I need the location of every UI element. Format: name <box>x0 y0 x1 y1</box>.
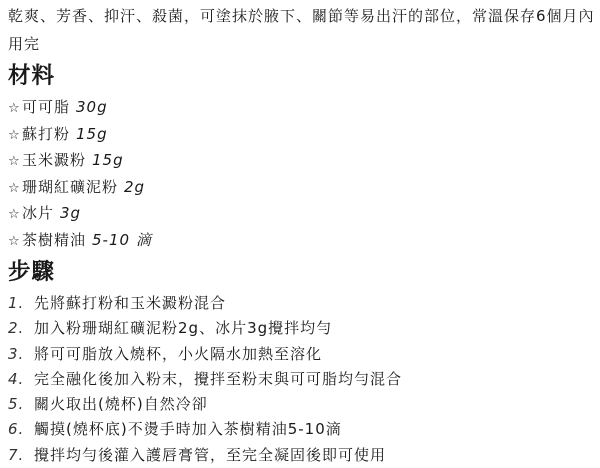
steps-list: 1.先將蘇打粉和玉米澱粉混合 2.加入粉珊瑚紅礦泥粉2g、冰片3g攪拌均勻 3.… <box>8 291 598 468</box>
step-text: 完全融化後加入粉末，攪拌至粉末與可可脂均勻混合 <box>34 370 402 388</box>
material-item: ☆珊瑚紅礦泥粉2g <box>8 174 598 201</box>
material-amount: 15g <box>76 125 108 143</box>
materials-heading: 材料 <box>8 63 598 89</box>
material-amount: 15g <box>92 151 124 169</box>
step-text: 先將蘇打粉和玉米澱粉混合 <box>34 294 226 312</box>
step-text: 將可可脂放入燒杯，小火隔水加熱至溶化 <box>34 345 322 363</box>
step-item: 7.攪拌均勻後灌入護唇膏管，至完全凝固後即可使用 <box>8 443 598 468</box>
star-icon: ☆ <box>8 229 22 256</box>
steps-heading: 步驟 <box>8 259 598 285</box>
star-icon: ☆ <box>8 176 22 203</box>
step-text: 加入粉珊瑚紅礦泥粉2g、冰片3g攪拌均勻 <box>34 319 332 337</box>
material-name: 冰片 <box>22 204 54 222</box>
material-item: ☆可可脂30g <box>8 94 598 121</box>
step-text: 關火取出(燒杯)自然冷卻 <box>34 395 208 413</box>
star-icon: ☆ <box>8 149 22 176</box>
star-icon: ☆ <box>8 96 22 123</box>
material-name: 蘇打粉 <box>22 125 70 143</box>
material-item: ☆冰片3g <box>8 200 598 227</box>
step-item: 5.關火取出(燒杯)自然冷卻 <box>8 392 598 417</box>
step-number: 4. <box>8 367 34 392</box>
material-name: 珊瑚紅礦泥粉 <box>22 178 118 196</box>
step-number: 1. <box>8 291 34 316</box>
step-number: 2. <box>8 316 34 341</box>
step-item: 2.加入粉珊瑚紅礦泥粉2g、冰片3g攪拌均勻 <box>8 316 598 341</box>
step-number: 6. <box>8 417 34 442</box>
material-item: ☆蘇打粉15g <box>8 121 598 148</box>
step-number: 5. <box>8 392 34 417</box>
step-item: 4.完全融化後加入粉末，攪拌至粉末與可可脂均勻混合 <box>8 367 598 392</box>
materials-list: ☆可可脂30g ☆蘇打粉15g ☆玉米澱粉15g ☆珊瑚紅礦泥粉2g ☆冰片3g… <box>8 94 598 253</box>
material-name: 茶樹精油 <box>22 231 86 249</box>
material-item: ☆茶樹精油5-10 滴 <box>8 227 598 254</box>
material-amount: 5-10 滴 <box>92 231 152 249</box>
step-item: 6.觸摸(燒杯底)不燙手時加入茶樹精油5-10滴 <box>8 417 598 442</box>
step-item: 3.將可可脂放入燒杯，小火隔水加熱至溶化 <box>8 342 598 367</box>
material-amount: 30g <box>76 98 108 116</box>
step-number: 7. <box>8 443 34 468</box>
step-text: 觸摸(燒杯底)不燙手時加入茶樹精油5-10滴 <box>34 420 342 438</box>
material-amount: 3g <box>60 204 81 222</box>
star-icon: ☆ <box>8 123 22 150</box>
step-number: 3. <box>8 342 34 367</box>
recipe-document: 乾爽、芳香、抑汗、殺菌，可塗抹於腋下、關節等易出汗的部位，常溫保存6個月內用完 … <box>8 0 598 468</box>
star-icon: ☆ <box>8 202 22 229</box>
intro-paragraph: 乾爽、芳香、抑汗、殺菌，可塗抹於腋下、關節等易出汗的部位，常溫保存6個月內用完 <box>8 0 598 58</box>
material-name: 玉米澱粉 <box>22 151 86 169</box>
step-item: 1.先將蘇打粉和玉米澱粉混合 <box>8 291 598 316</box>
material-amount: 2g <box>124 178 145 196</box>
material-name: 可可脂 <box>22 98 70 116</box>
step-text: 攪拌均勻後灌入護唇膏管，至完全凝固後即可使用 <box>34 446 386 464</box>
material-item: ☆玉米澱粉15g <box>8 147 598 174</box>
